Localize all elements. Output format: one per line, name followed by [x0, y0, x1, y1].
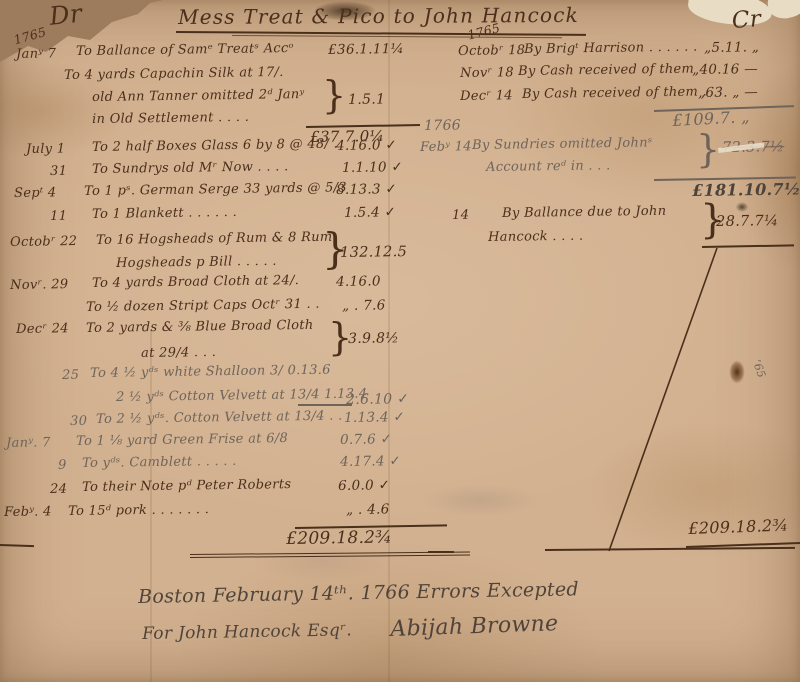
entry-date: Novʳ. 29: [10, 277, 68, 293]
entry-date: Decʳ 24: [16, 321, 69, 337]
entry-amount: „5.11. „: [704, 39, 759, 56]
grouping-brace: }: [696, 130, 720, 168]
entry-desc: To Sundrys old Mʳ Now . . . .: [92, 159, 289, 177]
debit-column-label: Dr: [48, 0, 83, 31]
entry-date: Octobʳ 18: [458, 43, 525, 59]
entry-desc: By Brigᵗ Harrison . . . . . .: [524, 40, 698, 57]
entry-desc: To yᵈˢ. Camblett . . . . .: [82, 454, 237, 471]
entry-date: 14: [452, 208, 469, 223]
entry-date: Febʸ 14: [420, 139, 472, 155]
entry-amount: „63. „ —: [698, 84, 758, 101]
grouping-brace: }: [322, 76, 346, 114]
entry-date: Janʸ. 7: [6, 435, 51, 451]
entry-amount: £36.1.11¼: [328, 41, 404, 58]
credit-column-label: Cr: [731, 6, 762, 34]
footer-for-line: For John Hancock Esqʳ.: [142, 620, 352, 644]
entry-amount: 1.5.1: [348, 91, 385, 108]
entry-date: 11: [50, 209, 67, 224]
credit-year-2: 1766: [424, 117, 461, 134]
entry-amount: 4.16.0 ✓: [336, 137, 397, 154]
entry-date: 24: [50, 482, 67, 497]
entry-amount: „ . 7.6: [342, 297, 386, 314]
entry-amount: „ . 4.6: [346, 501, 390, 518]
entry-date: Octobʳ 22: [10, 234, 77, 250]
entry-desc: To Ballance of Samᵉ Treatˢ Accᵒ: [76, 41, 294, 59]
entry-desc: Account reᵈ in . . .: [486, 158, 611, 175]
entry-amount: 8.13.3 ✓: [336, 181, 397, 198]
entry-date: 25: [62, 368, 79, 383]
entry-desc: in Old Settlement . . . .: [92, 110, 249, 127]
entry-date: Novʳ 18: [460, 65, 514, 81]
entry-amount: 3.9.8½: [348, 330, 399, 347]
entry-desc: By Sundries omitted Johnˢ: [472, 135, 653, 153]
entry-amount: 1.1.10 ✓: [342, 159, 403, 176]
entry-date: Sepᵗ 4: [14, 185, 57, 201]
entry-desc: By Cash received of them: [518, 62, 694, 79]
entry-desc: old Ann Tanner omitted 2ᵈ Janʸ: [92, 87, 305, 105]
entry-amount: 132.12.5: [340, 244, 407, 261]
entry-date: 9: [58, 458, 67, 473]
entry-desc: To 1 ⅛ yard Green Frise at 6/8: [76, 431, 288, 449]
entry-desc: at 29/4 . . .: [141, 345, 216, 361]
entry-desc: By Ballance due to John: [502, 204, 666, 221]
entry-date: Decʳ 14: [460, 88, 513, 104]
entry-amount: 1.5.4 ✓: [344, 204, 396, 221]
debit-total: £209.18.2¾: [286, 528, 392, 549]
entry-amount: 6.0.0 ✓: [338, 477, 390, 494]
entry-desc: Hancock . . . .: [488, 229, 583, 245]
entry-amount: „40.16 —: [692, 61, 758, 78]
entry-amount: 2.6.10 ✓: [346, 391, 409, 408]
entry-amount: 28.7.7¼: [716, 213, 778, 230]
bottom-rule-stub: [428, 551, 454, 553]
page-title: Mess Treat & Pico to John Hancock: [178, 3, 579, 29]
entry-desc: To 1 Blankett . . . . . .: [92, 205, 237, 222]
entry-date: Febʸ. 4: [4, 504, 52, 520]
entry-date: Janʸ 7: [16, 46, 56, 62]
entry-amount: 1.13.4 ✓: [344, 409, 405, 426]
entry-desc: To 4 yards Capachin Silk at 17/.: [64, 65, 284, 83]
entry-date: July 1: [26, 141, 66, 157]
entry-desc: Hogsheads p Bill . . . . .: [116, 254, 277, 271]
entry-date: 31: [50, 164, 67, 179]
entry-amount: 4.17.4 ✓: [340, 453, 401, 470]
entry-amount: 4.16.0: [336, 273, 381, 290]
entry-amount: 0.7.6 ✓: [340, 431, 392, 448]
credit-total: £209.18.2¾: [688, 516, 789, 538]
sum-underline: [298, 404, 352, 406]
debit-year: 1765: [12, 24, 48, 48]
entry-desc: To their Note pᵈ Peter Roberts: [82, 477, 291, 495]
entry-desc: To 4 yards Broad Cloth at 24/.: [92, 273, 299, 291]
entry-desc: To 15ᵈ pork . . . . . . .: [68, 502, 209, 519]
entry-date: 30: [70, 414, 87, 429]
entry-desc: By Cash received of them .: [522, 84, 707, 102]
entry-desc: To 2 yards & ⅜ Blue Broad Cloth: [86, 318, 314, 336]
